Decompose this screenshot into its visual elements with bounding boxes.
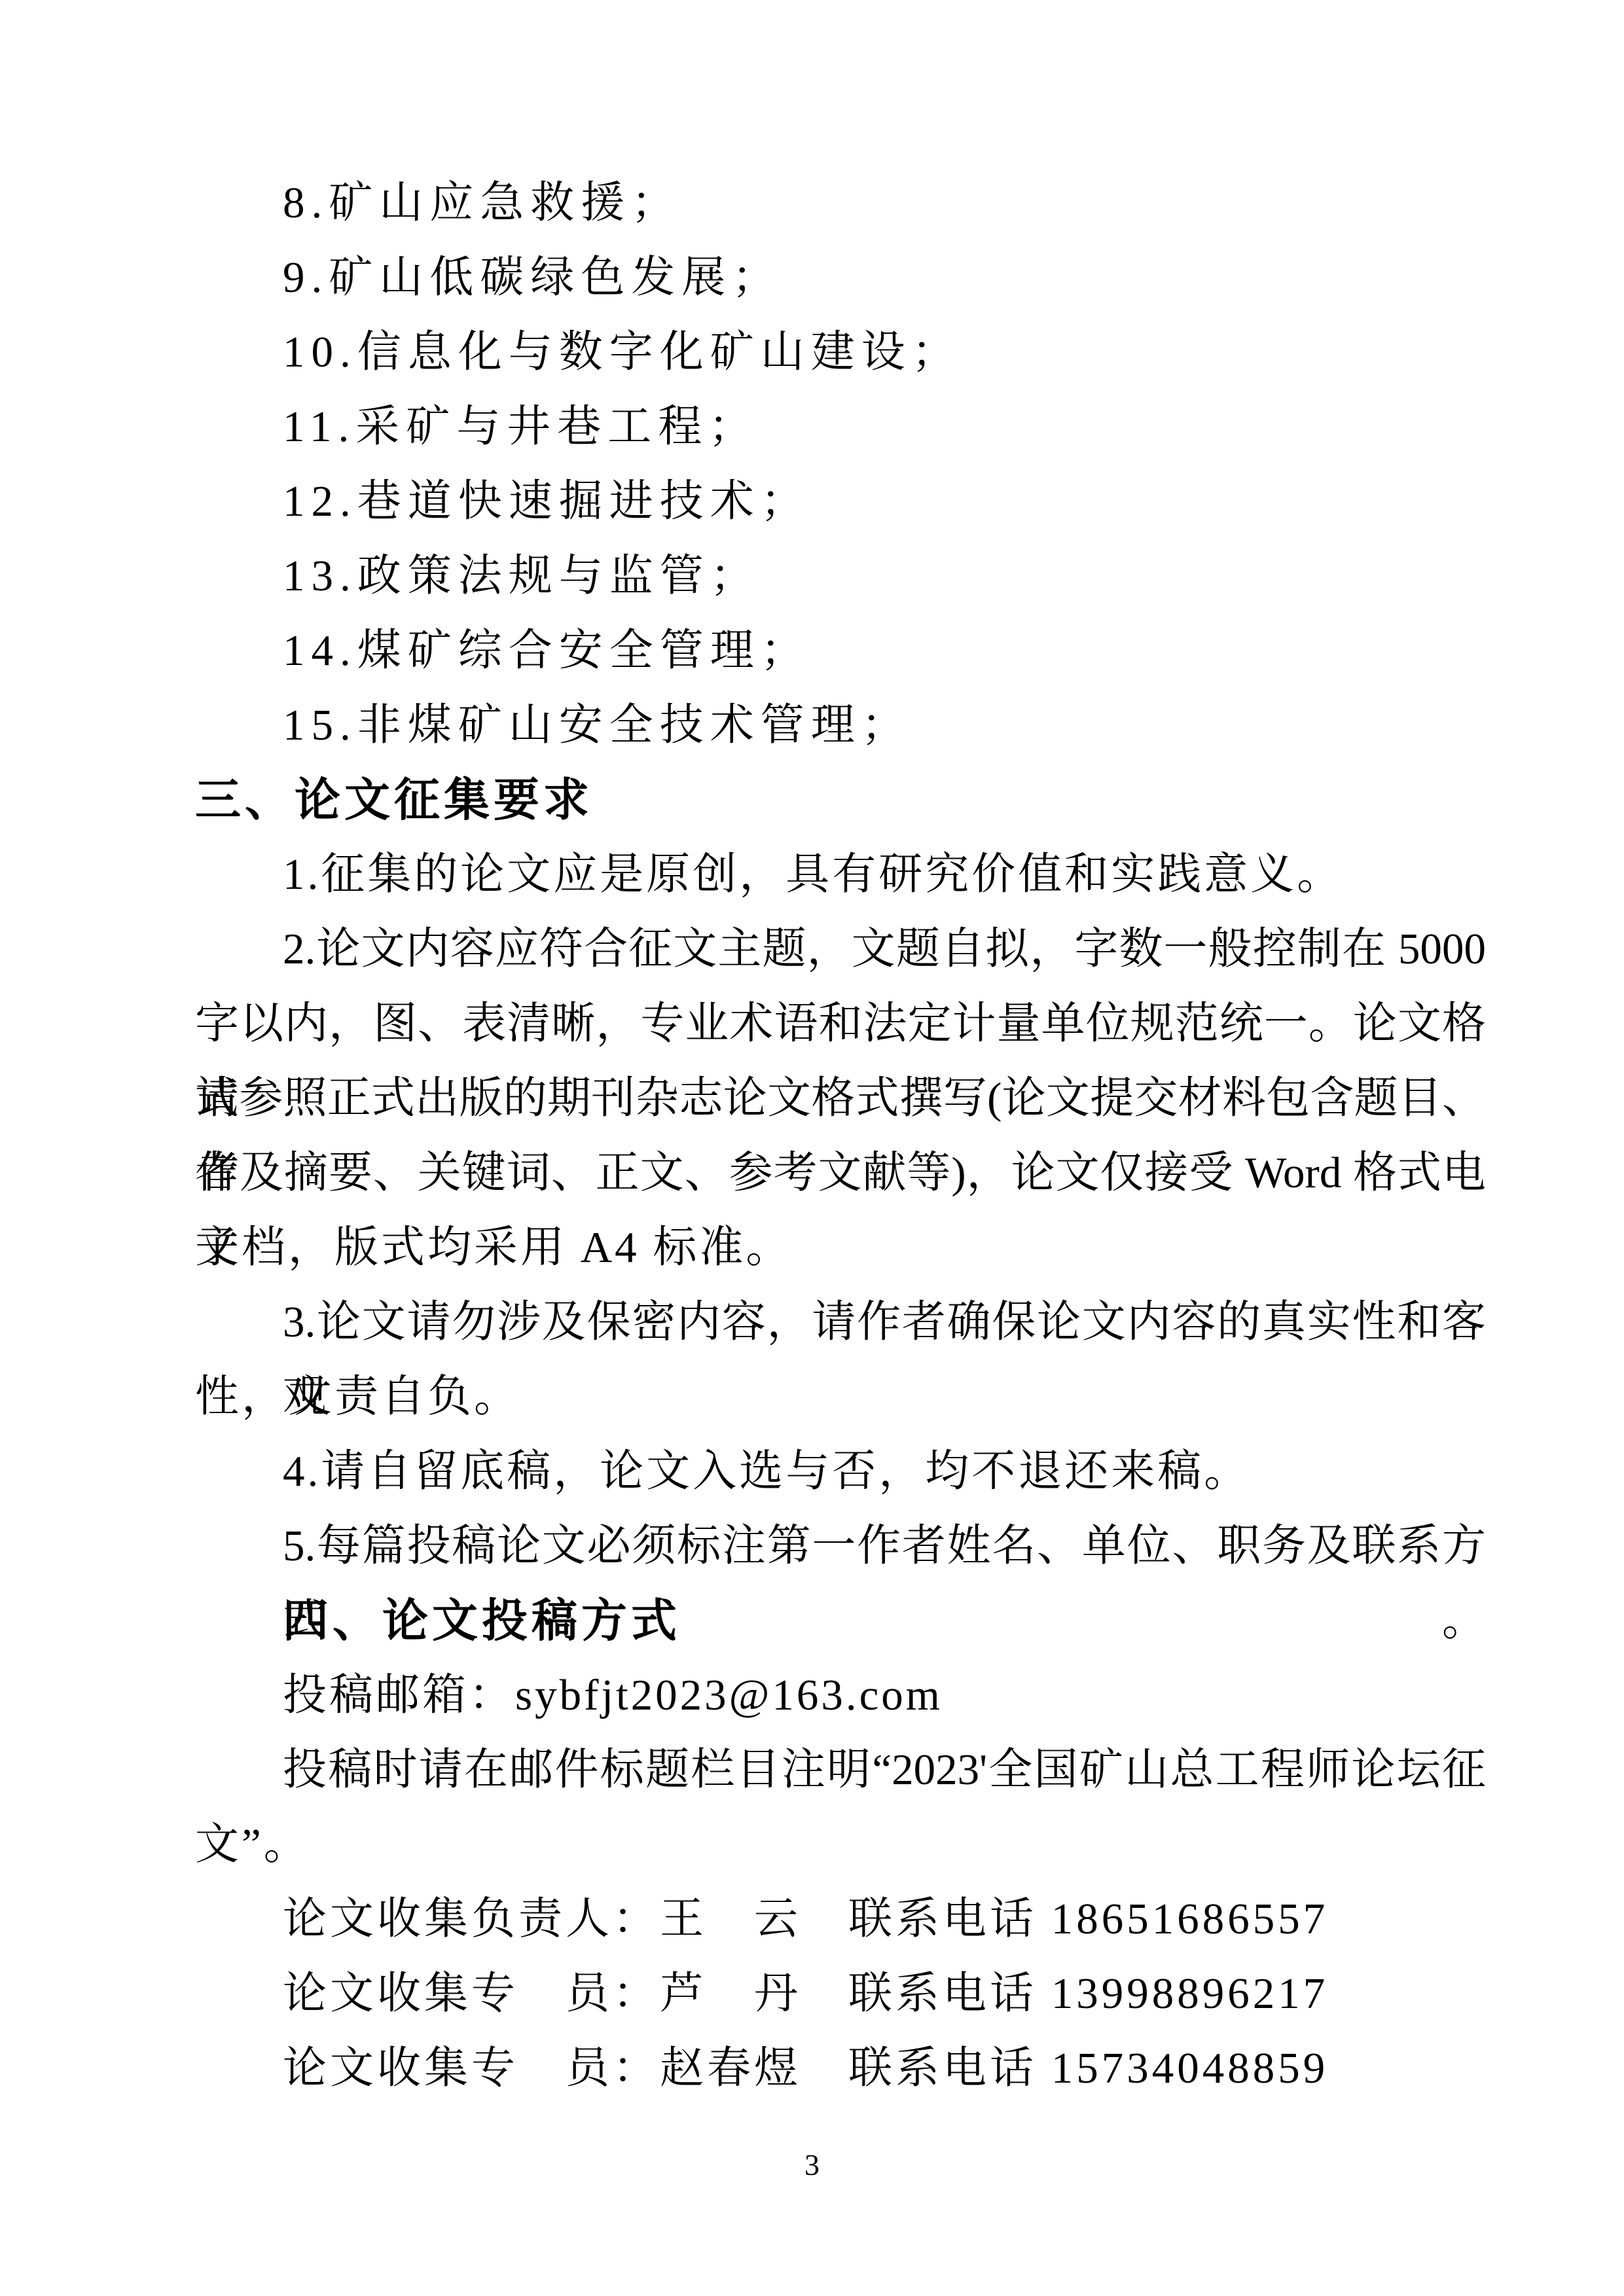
submission-note-line-1: 投稿时请在邮件标题栏目注明“2023'全国矿山总工程师论坛征 <box>195 1732 1486 1807</box>
topic-list-item-13: 13.政策法规与监管； <box>195 539 1486 613</box>
requirement-2-line-1: 2.论文内容应符合征文主题，文题自拟，字数一般控制在 5000 <box>195 912 1486 986</box>
topic-list-item-9: 9.矿山低碳绿色发展； <box>195 240 1486 315</box>
page-number: 3 <box>0 2139 1624 2191</box>
contact-line-staff-2: 论文收集专 员：赵春煜 联系电话 15734048859 <box>195 2031 1486 2106</box>
page-content: 8.矿山应急救援； 9.矿山低碳绿色发展； 10.信息化与数字化矿山建设； 11… <box>195 166 1486 2106</box>
topic-list-item-12: 12.巷道快速掘进技术； <box>195 464 1486 539</box>
section-heading-requirements: 三、论文征集要求 <box>195 762 1486 837</box>
requirement-3-line-1: 3.论文请勿涉及保密内容，请作者确保论文内容的真实性和客观 <box>195 1285 1486 1359</box>
topic-list-item-10: 10.信息化与数字化矿山建设； <box>195 315 1486 389</box>
topic-list-item-11: 11.采矿与井巷工程； <box>195 389 1486 464</box>
requirement-1-line: 1.征集的论文应是原创，具有研究价值和实践意义。 <box>195 837 1486 912</box>
submission-email-line: 投稿邮箱：sybfjt2023@163.com <box>195 1658 1486 1732</box>
requirement-2-line-3: 请参照正式出版的期刊杂志论文格式撰写(论文提交材料包含题目、作 <box>195 1061 1486 1136</box>
requirement-4-line: 4.请自留底稿，论文入选与否，均不退还来稿。 <box>195 1434 1486 1509</box>
requirement-2-line-5: 文档，版式均采用 A4 标准。 <box>195 1210 1486 1285</box>
document-page: 8.矿山应急救援； 9.矿山低碳绿色发展； 10.信息化与数字化矿山建设； 11… <box>0 0 1624 2296</box>
contact-line-lead: 论文收集负责人：王 云 联系电话 18651686557 <box>195 1882 1486 1956</box>
topic-list-item-15: 15.非煤矿山安全技术管理； <box>195 688 1486 762</box>
submission-note-line-2: 文”。 <box>195 1807 1486 1882</box>
topic-list-item-14: 14.煤矿综合安全管理； <box>195 613 1486 688</box>
requirement-2-line-4: 者及摘要、关键词、正文、参考文献等)，论文仅接受 Word 格式电子 <box>195 1136 1486 1210</box>
contact-line-staff-1: 论文收集专 员：芦 丹 联系电话 13998896217 <box>195 1956 1486 2031</box>
topic-list-item-8: 8.矿山应急救援； <box>195 166 1486 240</box>
requirement-2-line-2: 字以内，图、表清晰，专业术语和法定计量单位规范统一。论文格式 <box>195 986 1486 1061</box>
requirement-5-line: 5.每篇投稿论文必须标注第一作者姓名、单位、职务及联系方式。 <box>195 1509 1486 1583</box>
requirement-3-line-2: 性，文责自负。 <box>195 1359 1486 1434</box>
